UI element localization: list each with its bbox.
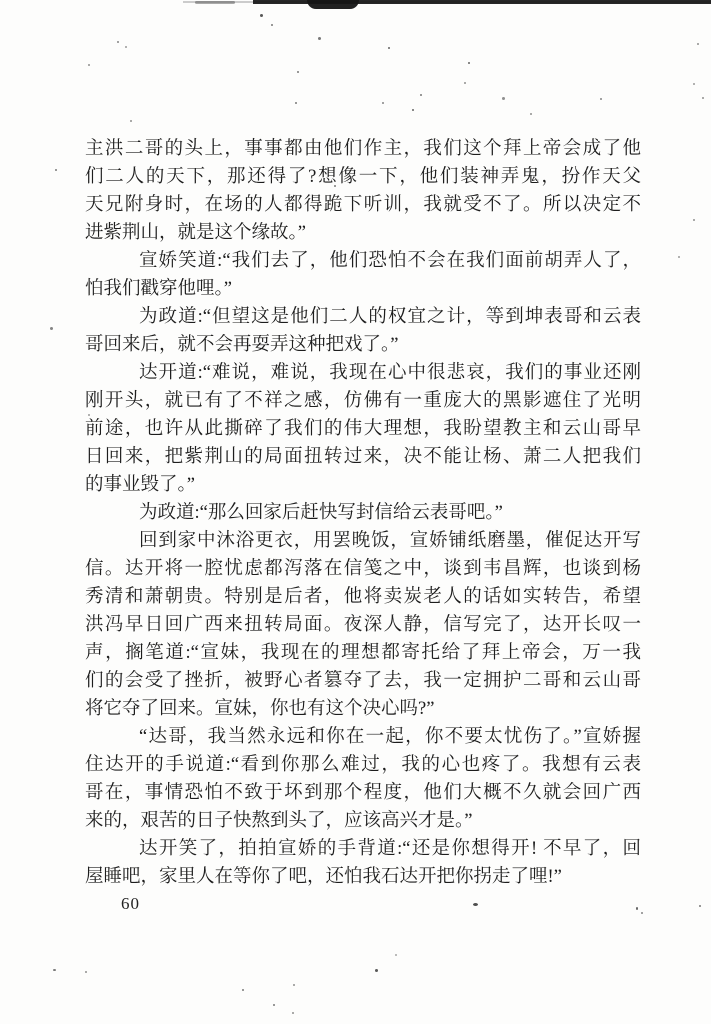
text-line: 进紫荆山，就是这个缘故。” — [85, 219, 641, 247]
text-line: 宣娇笑道:“我们去了，他们恐怕不会在我们面前胡弄人了， — [85, 247, 641, 275]
text-line: 们二人的天下，那还得了?想像一下，他们装神弄鬼，扮作天父 — [85, 163, 641, 191]
scan-speck — [388, 47, 390, 49]
text-line: 哥在，事情恐怕不致于坏到那个程度，他们大概不久就会回广西 — [85, 779, 641, 807]
scan-speck — [117, 41, 119, 43]
text-line: 达开笑了，拍拍宣娇的手背道:“还是你想得开! 不早了，回 — [85, 835, 641, 863]
scan-speck — [271, 24, 273, 26]
scan-speck — [53, 969, 56, 971]
scan-speck — [636, 907, 638, 910]
scan-speck — [382, 102, 384, 104]
scan-speck — [395, 954, 397, 956]
page-number: 60 — [121, 894, 140, 914]
scan-speck — [473, 903, 478, 906]
scan-speck — [699, 905, 701, 907]
scan-speck — [530, 113, 532, 115]
scan-speck — [693, 83, 695, 85]
scan-speck — [693, 219, 695, 221]
scan-speck — [678, 256, 680, 258]
scan-speck — [50, 327, 53, 330]
scan-speck — [600, 98, 602, 100]
text-line: 主洪二哥的头上，事事都由他们作主，我们这个拜上帝会成了他 — [85, 135, 641, 163]
text-line: 为政道:“但望这是他们二人的权宜之计，等到坤表哥和云表 — [85, 303, 641, 331]
scan-speck — [697, 43, 699, 45]
scan-speck — [130, 120, 132, 122]
scan-speck — [420, 94, 422, 96]
text-line: 日回来，把紫荆山的局面扭转过来，决不能让杨、萧二人把我们 — [85, 443, 641, 471]
text-line: 达开道:“难说，难说，我现在心中很悲哀，我们的事业还刚 — [85, 359, 641, 387]
text-line: 来的，艰苦的日子快熬到头了，应该高兴才是。” — [85, 807, 641, 835]
scan-speck — [88, 64, 90, 66]
scan-speck — [295, 102, 297, 104]
scan-speck — [297, 71, 299, 73]
scan-speck — [260, 14, 263, 17]
scan-speck — [242, 989, 244, 991]
scan-speck — [318, 37, 321, 40]
scan-speck — [125, 46, 127, 48]
text-line: 住达开的手说道:“看到你那么难过，我的心也疼了。我想有云表 — [85, 751, 641, 779]
text-line: 的事业毁了。” — [85, 471, 641, 499]
text-line: 为政道:“那么回家后赶快写封信给云表哥吧。” — [85, 499, 641, 527]
text-line: 将它夺了回来。宣妹，你也有这个决心吗?” — [85, 695, 641, 723]
scan-speck — [292, 1012, 294, 1014]
scan-speck — [641, 912, 643, 914]
scan-speck — [273, 1004, 275, 1006]
scan-speck — [412, 109, 414, 111]
text-line: 天兄附身时，在场的人都得跪下听训，我就受不了。所以决定不 — [85, 191, 641, 219]
text-line: 洪冯早日回广西来扭转局面。夜深人静，信写完了，达开长叹一 — [85, 611, 641, 639]
text-line: 怕我们戳穿他哩。” — [85, 275, 641, 303]
text-line: 前途，也许从此撕碎了我们的伟大理想，我盼望教主和云山哥早 — [85, 415, 641, 443]
text-line: 声，搁笔道:“宣妹，我现在的理想都寄托给了拜上帝会，万一我 — [85, 639, 641, 667]
scan-speck — [55, 169, 57, 171]
scan-speck — [293, 984, 295, 986]
text-line: 们的会受了挫折，被野心者篡夺了去，我一定拥护二哥和云山哥 — [85, 667, 641, 695]
scan-speck — [464, 82, 466, 84]
text-line: “达哥，我当然永远和你在一起，你不要太忧伤了。”宣娇握 — [85, 723, 641, 751]
scan-speck — [502, 97, 505, 100]
scan-speck — [702, 97, 704, 99]
text-block: 主洪二哥的头上，事事都由他们作主，我们这个拜上帝会成了他们二人的天下，那还得了?… — [85, 135, 641, 891]
text-line: 信。达开将一腔忧虑都泻落在信笺之中，谈到韦昌辉，也谈到杨 — [85, 555, 641, 583]
scanned-page: 主洪二哥的头上，事事都由他们作主，我们这个拜上帝会成了他们二人的天下，那还得了?… — [0, 0, 711, 1024]
text-line: 屋睡吧，家里人在等你了吧，还怕我石达开把你拐走了哩!” — [85, 863, 641, 891]
scan-artifact-bar — [195, 1, 235, 4]
text-line: 回到家中沐浴更衣，用罢晚饭，宣娇铺纸磨墨，催促达开写 — [85, 527, 641, 555]
scan-speck — [468, 62, 470, 64]
scan-artifact-bar — [307, 0, 359, 9]
scan-speck — [375, 969, 378, 972]
text-line: 刚开头，就已有了不祥之感，仿佛有一重庞大的黑影遮住了光明 — [85, 387, 641, 415]
text-line: 哥回来后，就不会再耍弄这种把戏了。” — [85, 331, 641, 359]
text-line: 秀清和萧朝贵。特别是后者，他将卖炭老人的话如实转告，希望 — [85, 583, 641, 611]
scan-speck — [85, 971, 87, 973]
